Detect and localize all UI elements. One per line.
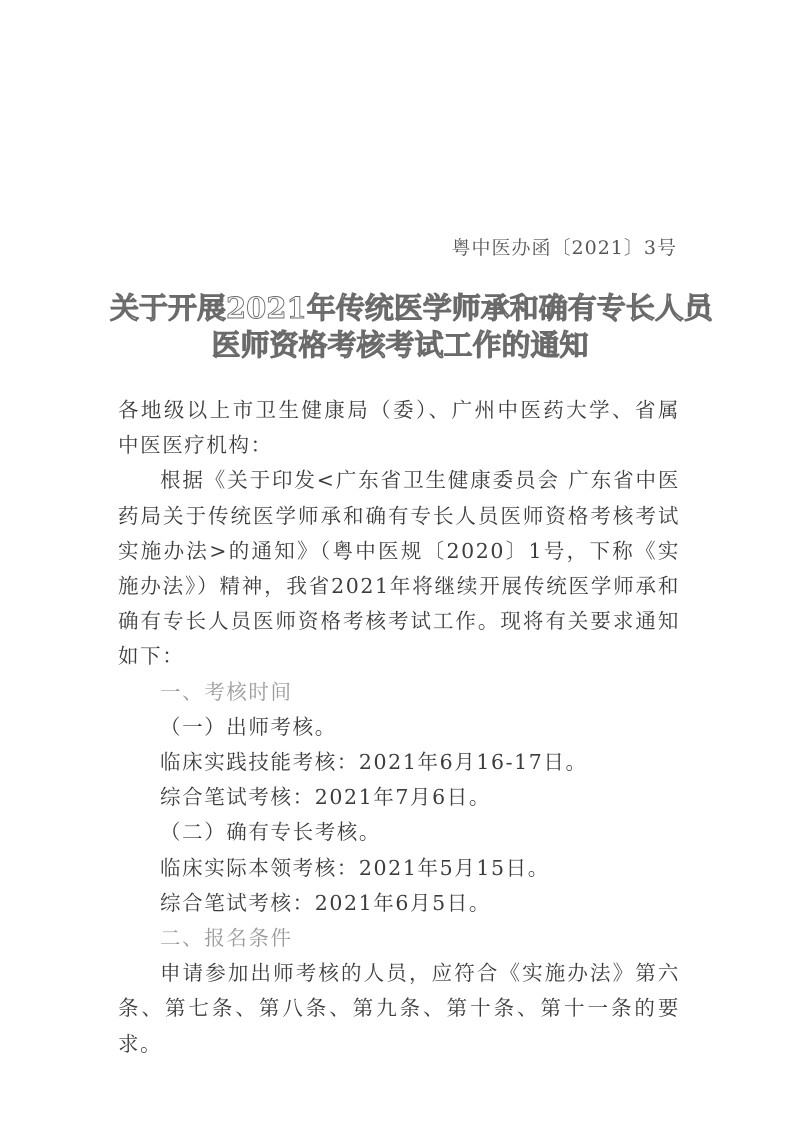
document-body: 各地级以上市卫生健康局（委）、广州中医药大学、省属中医医疗机构： 根据《关于印发… (118, 393, 680, 1062)
salutation: 各地级以上市卫生健康局（委）、广州中医药大学、省属中医医疗机构： (118, 393, 680, 463)
document-page: 粤中医办函〔2021〕3号 关于开展2021年传统医学师承和确有专长人员 医师资… (0, 0, 793, 1122)
expertise-clinical-ability-date: 临床实际本领考核：2021年5月15日。 (118, 851, 680, 886)
section-heading-exam-time: 一、考核时间 (118, 675, 680, 710)
subsection-heading-apprentice-exam: （一）出师考核。 (118, 710, 680, 745)
subsection-heading-expertise-exam: （二）确有专长考核。 (118, 815, 680, 850)
title-line-1: 关于开展2021年传统医学师承和确有专长人员 (110, 290, 690, 327)
intro-paragraph: 根据《关于印发<广东省卫生健康委员会 广东省中医药局关于传统医学师承和确有专长人… (118, 463, 680, 674)
section-heading-eligibility: 二、报名条件 (118, 921, 680, 956)
apprentice-written-exam-date: 综合笔试考核：2021年7月6日。 (118, 780, 680, 815)
eligibility-paragraph: 申请参加出师考核的人员，应符合《实施办法》第六条、第七条、第八条、第九条、第十条… (118, 956, 680, 1062)
expertise-written-exam-date: 综合笔试考核：2021年6月5日。 (118, 886, 680, 921)
document-number: 粤中医办函〔2021〕3号 (452, 233, 677, 260)
document-title: 关于开展2021年传统医学师承和确有专长人员 医师资格考核考试工作的通知 (110, 290, 690, 364)
apprentice-clinical-skills-date: 临床实践技能考核：2021年6月16-17日。 (118, 745, 680, 780)
title-line-2: 医师资格考核考试工作的通知 (110, 327, 690, 364)
